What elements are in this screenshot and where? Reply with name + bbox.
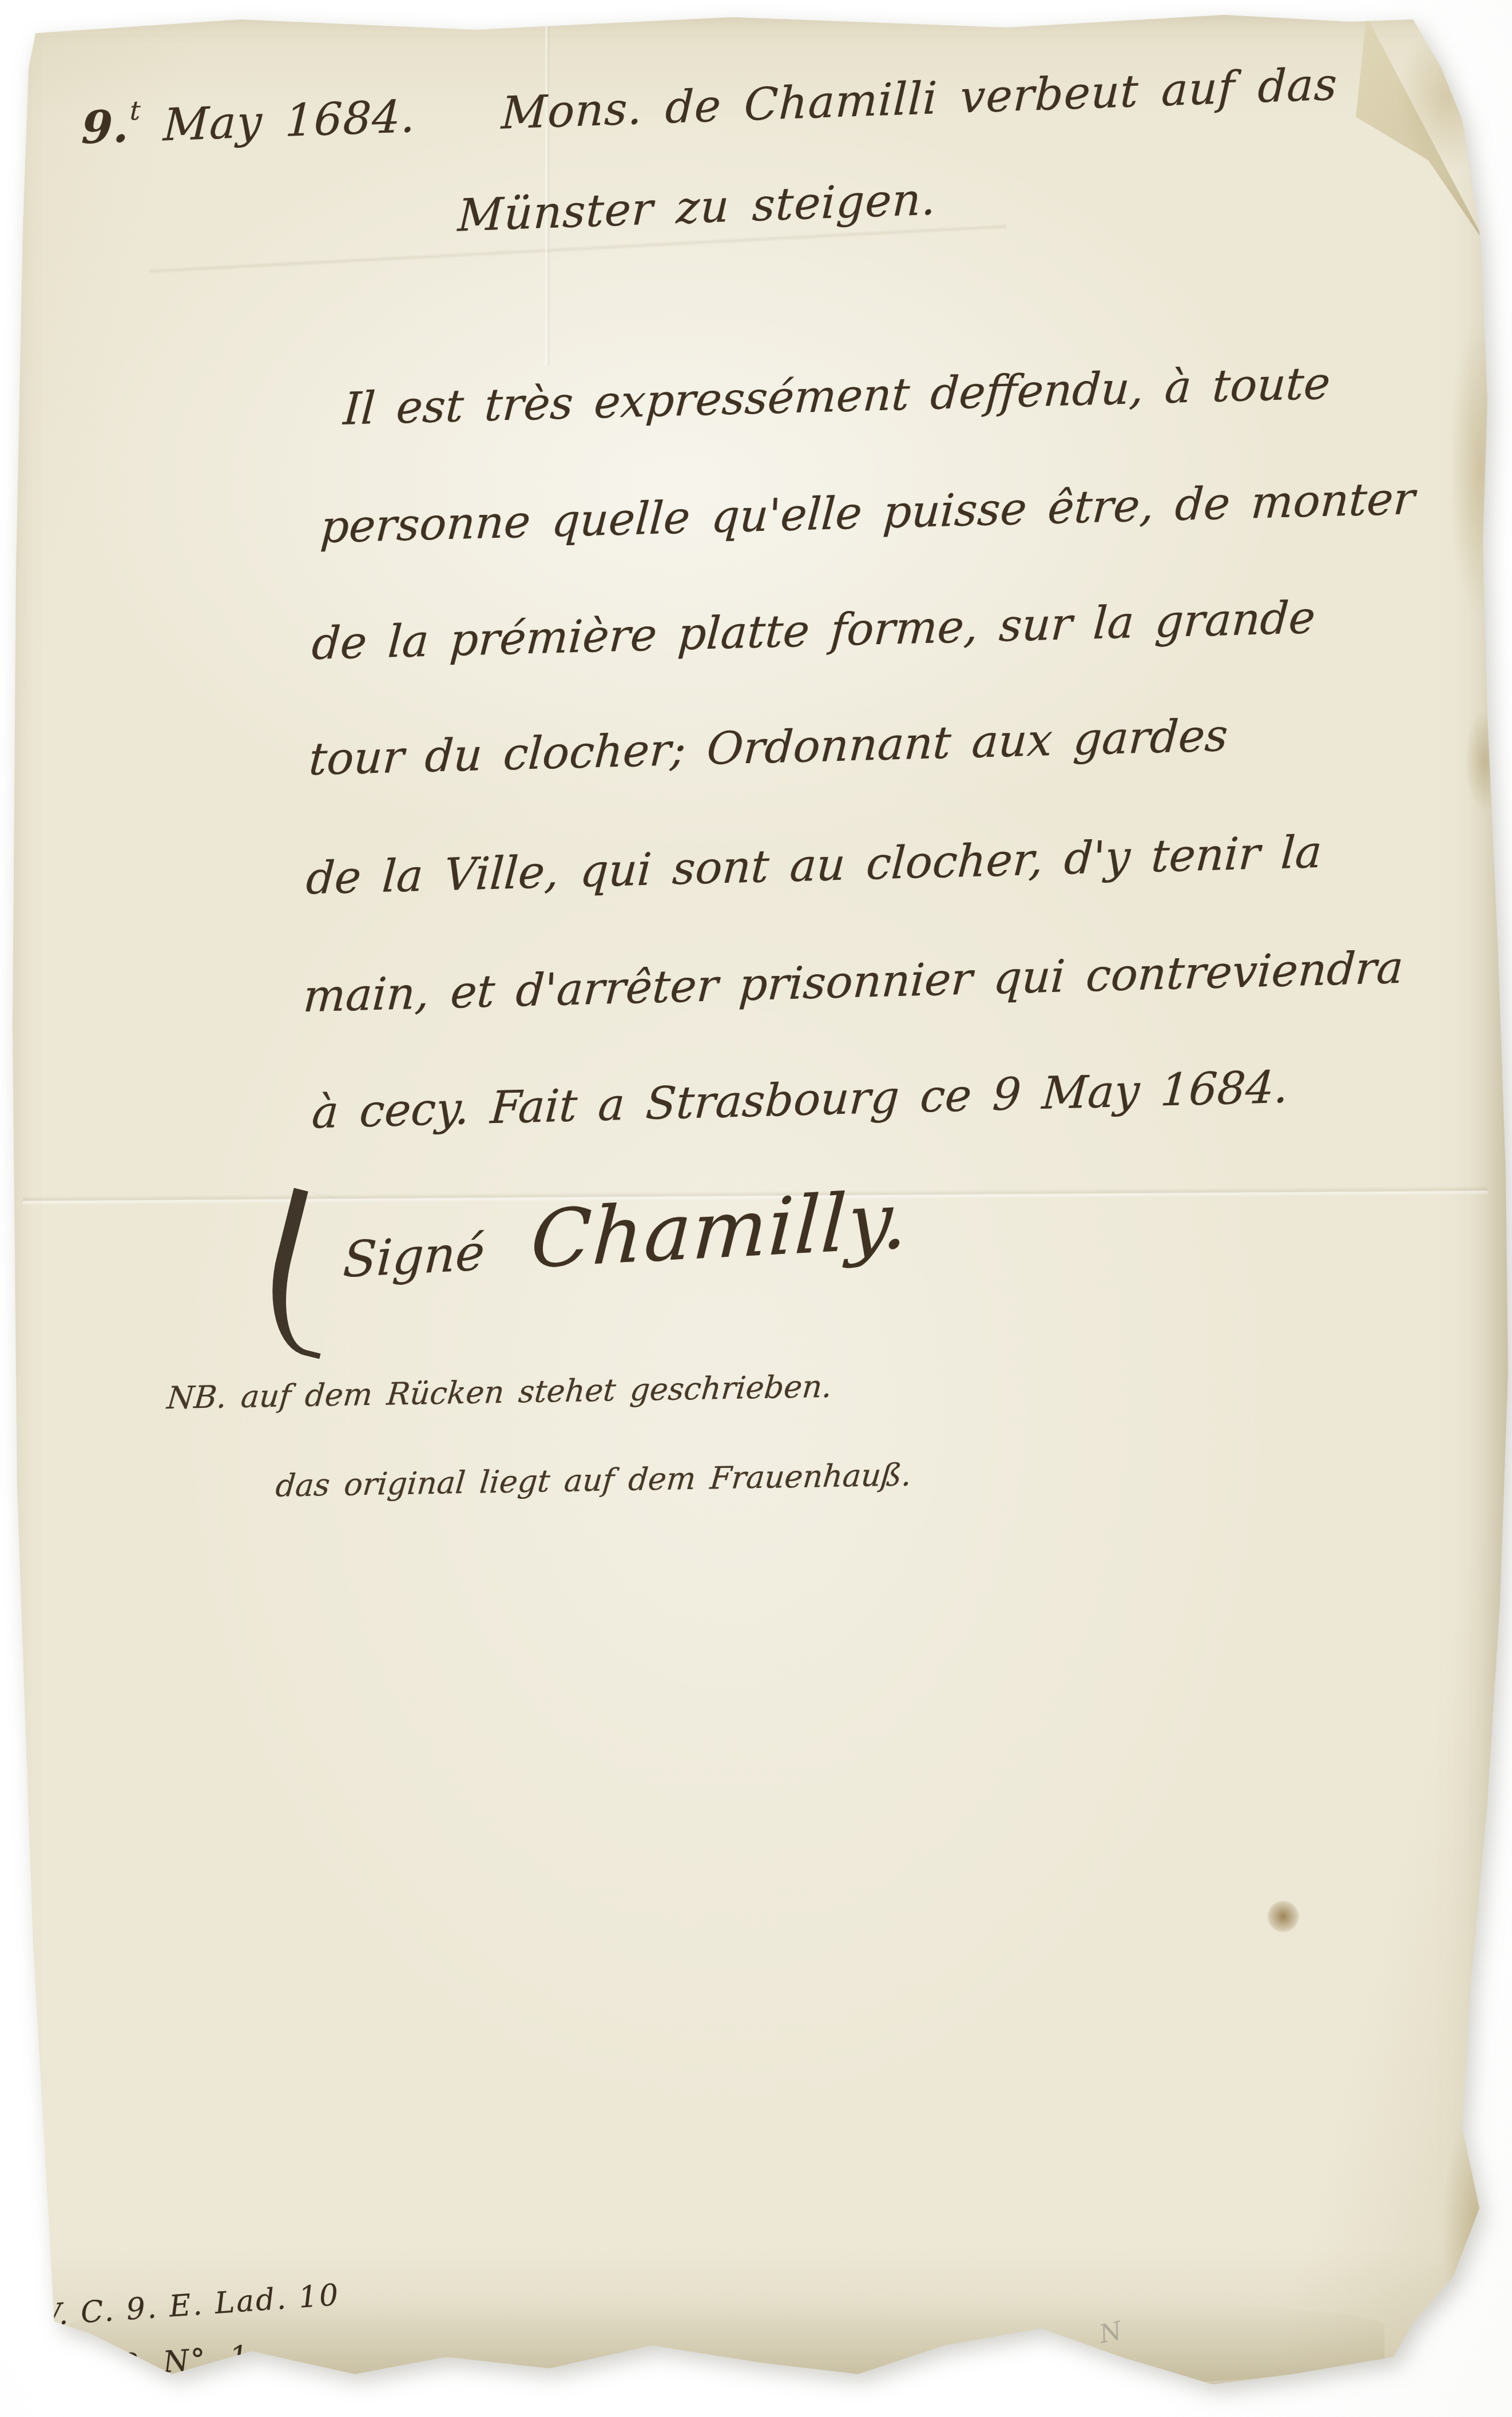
- signature-name: Chamilly.: [529, 1174, 911, 1286]
- paper-shadow-wrap: 9.t May 1684.Mons. de Chamilli verbeut a…: [0, 0, 1512, 2417]
- docket-title: Mons. de Chamilli verbeut auf das: [501, 59, 1339, 140]
- signature-line: Signé Chamilly.: [341, 1174, 911, 1296]
- docket-date-rest: May 1684.: [140, 91, 416, 152]
- manuscript-paper: 9.t May 1684.Mons. de Chamilli verbeut a…: [0, 0, 1512, 2417]
- shelfmark-line-2: ƒ 3. N°. 1.: [95, 2339, 263, 2384]
- date-superscript: t: [129, 95, 141, 126]
- top-right-fold-crease: [1356, 16, 1487, 256]
- docket-date-line: 9.t May 1684.Mons. de Chamilli verbeut a…: [81, 58, 1338, 154]
- body-line-6: main, et d'arrêter prisonnier qui contre…: [302, 942, 1405, 1023]
- body-line-7: à cecy. Fait a Strasbourg ce 9 May 1684.: [311, 1062, 1290, 1139]
- docket-line2: Münster zu steigen.: [457, 173, 937, 241]
- registrar-note-line-1: NB. auf dem Rücken stehet geschrieben.: [165, 1368, 834, 1416]
- body-line-1: Il est très expressément deffendu, à tou…: [342, 358, 1332, 435]
- body-line-2: personne quelle qu'elle puisse être, de …: [319, 473, 1416, 553]
- right-edge-stain-upper: [1448, 320, 1511, 618]
- pencil-mark: N: [1097, 2316, 1124, 2349]
- ink-stain-spot: [1267, 1900, 1299, 1932]
- signature-prefix: Signé: [342, 1224, 486, 1289]
- body-line-3: de la prémière platte forme, sur la gran…: [311, 592, 1317, 670]
- right-edge-stain-mid: [1465, 709, 1505, 812]
- signature-gap: [487, 1267, 527, 1269]
- docket-gap: [415, 129, 501, 132]
- docket-date: 9.: [81, 100, 130, 154]
- body-line-4: tour du clocher; Ordonnant aux gardes: [308, 710, 1229, 785]
- body-line-5: de la Ville, qui sont au clocher, d'y te…: [305, 827, 1324, 905]
- shelfmark-line-1: V. C. 9. E. Lad. 10: [39, 2278, 342, 2333]
- right-edge-stain-lower: [1442, 2105, 1512, 2368]
- scanner-background: 9.t May 1684.Mons. de Chamilli verbeut a…: [0, 0, 1512, 2417]
- registrar-note-line-2: das original liegt auf dem Frauenhauß.: [274, 1456, 913, 1504]
